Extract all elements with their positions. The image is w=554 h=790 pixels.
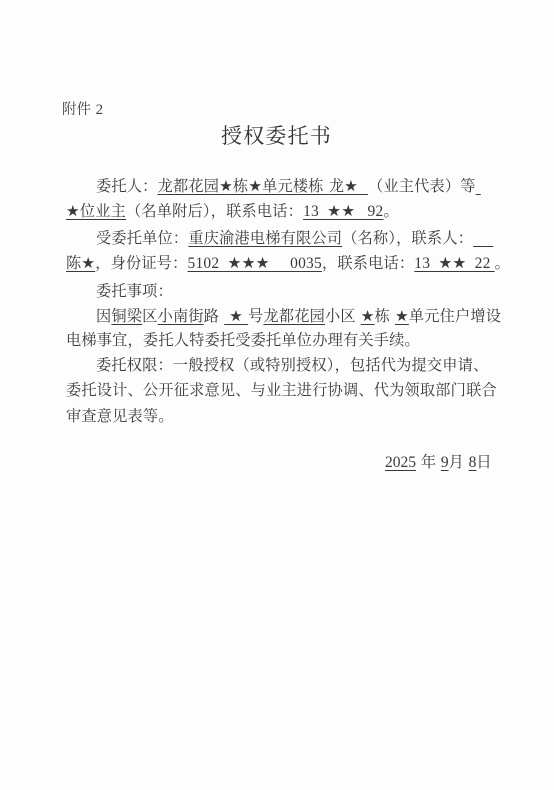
id-label: ，身份证号：	[95, 254, 187, 272]
agent-line-2: 陈★，身份证号：5102 ★★★ 0035，联系电话：13 ★★ 22 。	[66, 253, 510, 274]
signing-date: 2025 年 9月 8日	[385, 451, 492, 472]
year-unit: 年	[416, 453, 441, 471]
agent-line-1: 受委托单位：重庆渝港电梯有限公司（名称），联系人：	[96, 228, 493, 248]
agent-phone: 13 ★★ 22	[414, 255, 494, 272]
contact-label: 联系人：	[412, 229, 474, 247]
blank-underline	[473, 229, 493, 247]
representative-role: （业主代表）等	[368, 177, 476, 195]
date-month: 9	[441, 454, 449, 471]
unit-suffix: 单元住户增设	[409, 307, 501, 325]
authority-line-2: 委托设计、公开征求意见、与业主进行协调、代为领取部门联合	[66, 380, 497, 400]
principal-phone: 13 ★★ 92	[303, 203, 383, 220]
month-unit: 月	[449, 453, 469, 471]
principal-representative: 龙★	[324, 177, 368, 195]
matters-line-2: 电梯事宜，委托人特委托受委托单位办理有关手续。	[66, 330, 420, 350]
agent-company: 重庆渝港电梯有限公司	[188, 229, 342, 247]
building-suffix: 栋	[375, 307, 395, 325]
street: 小南街	[158, 307, 204, 325]
street-number: ★	[224, 307, 248, 325]
attachment-label: 附件 2	[62, 98, 103, 119]
blank-underline	[476, 177, 481, 195]
day-unit: 日	[476, 453, 491, 471]
number-suffix: 号	[248, 307, 263, 325]
document-title: 授权委托书	[221, 120, 332, 150]
principal-phone-label: 联系电话：	[226, 202, 303, 220]
sentence-end: 。	[495, 254, 510, 272]
district-suffix: 区	[142, 307, 157, 325]
company-note: （名称），	[342, 229, 411, 247]
date-year: 2025	[385, 454, 416, 471]
authority-line-1: 委托权限：一般授权（或特别授权），包括代为提交申请、	[96, 355, 488, 375]
owner-count: ★位业主	[66, 202, 126, 220]
principal-label: 委托人：	[96, 177, 158, 195]
attachment-label-text: 附件	[62, 102, 91, 118]
principal-address: 龙都花园★栋★单元楼栋	[158, 177, 324, 195]
district: 铜梁	[111, 307, 142, 325]
principal-line-2: ★位业主（名单附后），联系电话：13 ★★ 92。	[66, 201, 399, 222]
agent-label: 受委托单位：	[96, 229, 188, 247]
attachment-number: 2	[96, 102, 104, 118]
community: 龙都花园	[263, 307, 325, 325]
unit: ★	[395, 307, 409, 325]
list-note: （名单附后），	[126, 202, 226, 220]
community-suffix: 小区	[325, 307, 361, 325]
matters-prefix: 因	[96, 307, 111, 325]
agent-phone-label: ，联系电话：	[322, 254, 414, 272]
building: ★	[361, 307, 375, 325]
matters-heading: 委托事项：	[96, 281, 173, 301]
sentence-end: 。	[383, 202, 398, 220]
id-number: 5102 ★★★ 0035	[188, 255, 322, 272]
contact-name: 陈★	[66, 254, 95, 272]
matters-line-1: 因铜梁区小南街路 ★ 号龙都花园小区 ★栋 ★单元住户增设	[96, 306, 501, 326]
street-suffix: 路	[204, 307, 224, 325]
document-page: 附件 2 授权委托书 委托人：龙都花园★栋★单元楼栋 龙★ （业主代表）等 ★位…	[0, 0, 554, 790]
principal-line-1: 委托人：龙都花园★栋★单元楼栋 龙★ （业主代表）等	[96, 176, 481, 196]
authority-line-3: 审查意见表等。	[66, 406, 174, 426]
